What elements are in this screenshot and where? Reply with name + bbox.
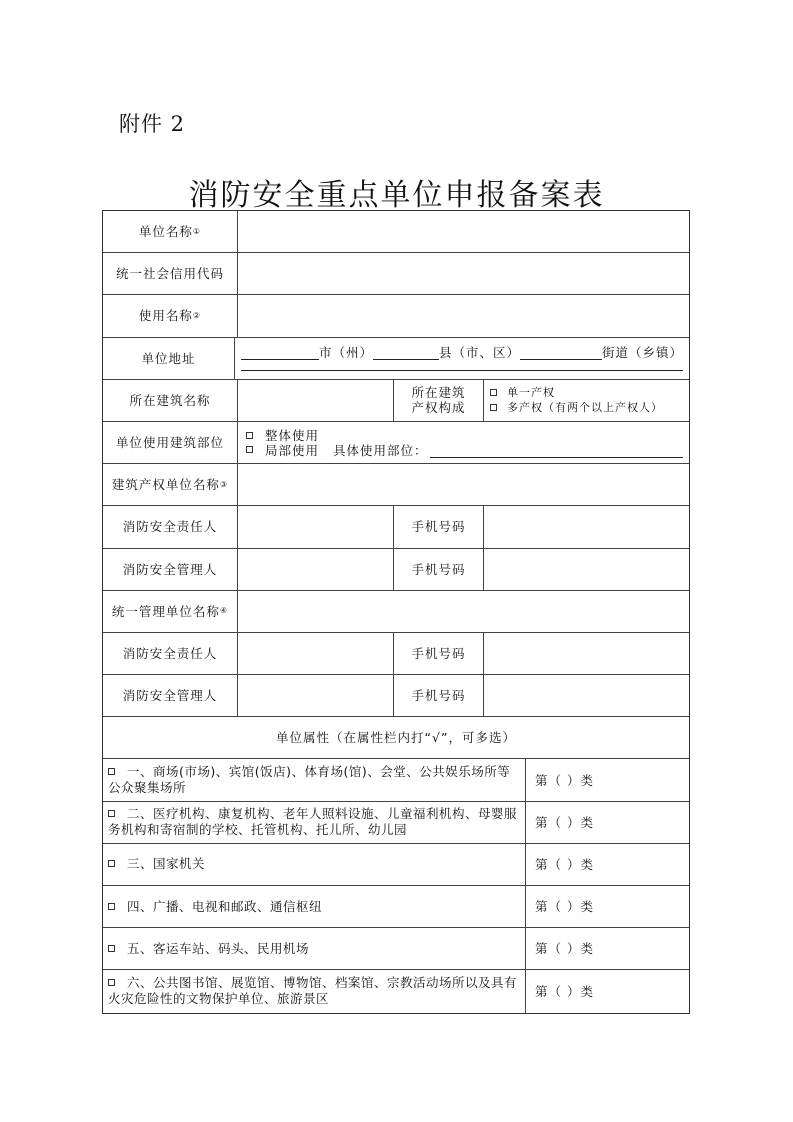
phone-label: 手机号码	[394, 633, 484, 674]
row-owner-unit: 建筑产权单位名称③	[103, 464, 689, 506]
checkbox-icon[interactable]	[108, 860, 115, 867]
row-manager-unit: 统一管理单位名称④	[103, 591, 689, 633]
option-label: 局部使用	[265, 443, 319, 458]
attribute-text: 六、公共图书馆、展览馆、博物馆、档案馆、宗教活动场所以及具有火灾危险性的文物保护…	[108, 975, 517, 1006]
address-fields: 市（州） 县（市、区） 街道（乡镇）	[235, 338, 689, 379]
row-attributes-heading: 单位属性（在属性栏内打“√”，可多选）	[103, 717, 689, 759]
checkbox-icon[interactable]	[108, 768, 115, 775]
county-suffix: 县（市、区）	[439, 345, 520, 360]
attributes-heading: 单位属性（在属性栏内打“√”，可多选）	[103, 717, 689, 758]
attribute-row-4: 四、广播、电视和邮政、通信枢纽 第（ ）类	[103, 886, 689, 928]
attribute-option[interactable]: 四、广播、电视和邮政、通信枢纽	[103, 886, 526, 927]
option-label: 多产权（有两个以上产权人）	[507, 401, 663, 414]
form-title: 消防安全重点单位申报备案表	[0, 170, 793, 214]
attribute-text: 四、广播、电视和邮政、通信枢纽	[127, 899, 322, 914]
attribute-class[interactable]: 第（ ）类	[526, 886, 689, 927]
unit-name-label-text: 单位名称	[139, 224, 193, 239]
row-usage-part: 单位使用建筑部位 整体使用 局部使用 具体使用部位：	[103, 422, 689, 464]
usage-name-label-text: 使用名称	[139, 308, 193, 323]
credit-code-field[interactable]	[238, 253, 689, 294]
unit-name-field[interactable]	[238, 211, 689, 252]
row-manager-manager: 消防安全管理人 手机号码	[103, 675, 689, 717]
attribute-class[interactable]: 第（ ）类	[526, 928, 689, 969]
attribute-row-2: 二、医疗机构、康复机构、老年人照料设施、儿童福利机构、母婴服务机构和寄宿制的学校…	[103, 802, 689, 844]
attribute-option[interactable]: 三、国家机关	[103, 844, 526, 885]
row-unit-name: 单位名称①	[103, 211, 689, 253]
attribute-option[interactable]: 二、医疗机构、康复机构、老年人照料设施、儿童福利机构、母婴服务机构和寄宿制的学校…	[103, 802, 526, 843]
phone-field[interactable]	[484, 633, 689, 674]
street-suffix: 街道（乡镇）	[602, 345, 683, 360]
row-building: 所在建筑名称 所在建筑 产权构成 单一产权 多产权（有两个以上产权人）	[103, 380, 689, 422]
row-credit-code: 统一社会信用代码	[103, 253, 689, 295]
attribute-row-3: 三、国家机关 第（ ）类	[103, 844, 689, 886]
checkbox-icon[interactable]	[246, 432, 253, 439]
phone-label: 手机号码	[394, 675, 484, 716]
name-field[interactable]	[238, 675, 394, 716]
ownership-label: 所在建筑 产权构成	[394, 380, 484, 421]
specific-part-label: 具体使用部位：	[333, 443, 428, 458]
attribute-option[interactable]: 五、客运车站、码头、民用机场	[103, 928, 526, 969]
option-label: 单一产权	[507, 386, 555, 399]
manager-unit-label-text: 统一管理单位名称	[112, 604, 220, 619]
address-label: 单位地址	[103, 338, 235, 379]
checkbox-icon[interactable]	[108, 903, 115, 910]
building-name-field[interactable]	[238, 380, 394, 421]
checkbox-icon[interactable]	[246, 446, 253, 453]
usage-name-label: 使用名称②	[103, 295, 238, 336]
address-line-1: 市（州） 县（市、区） 街道（乡镇）	[241, 345, 683, 360]
attribute-row-1: 一、商场(市场)、宾馆(饭店)、体育场(馆)、会堂、公共娱乐场所等公众聚集场所 …	[103, 759, 689, 801]
checkbox-icon[interactable]	[490, 389, 497, 396]
checkbox-icon[interactable]	[108, 979, 115, 986]
name-field[interactable]	[238, 506, 394, 547]
usage-option-whole[interactable]: 整体使用	[246, 428, 683, 443]
row-usage-name: 使用名称②	[103, 295, 689, 337]
specific-part-field[interactable]	[430, 445, 683, 458]
attribute-class[interactable]: 第（ ）类	[526, 970, 689, 1012]
owner-unit-field[interactable]	[238, 464, 689, 505]
attachment-label: 附件 2	[119, 108, 185, 138]
role-label: 消防安全责任人	[103, 633, 238, 674]
attribute-row-5: 五、客运车站、码头、民用机场 第（ ）类	[103, 928, 689, 970]
city-suffix: 市（州）	[319, 345, 373, 360]
checkbox-icon[interactable]	[490, 404, 497, 411]
attribute-class[interactable]: 第（ ）类	[526, 844, 689, 885]
ownership-option-multiple[interactable]: 多产权（有两个以上产权人）	[490, 400, 663, 415]
owner-unit-label: 建筑产权单位名称③	[103, 464, 238, 505]
unit-name-label: 单位名称①	[103, 211, 238, 252]
manager-unit-field[interactable]	[238, 591, 689, 632]
attribute-text: 一、商场(市场)、宾馆(饭店)、体育场(馆)、会堂、公共娱乐场所等公众聚集场所	[108, 764, 510, 795]
attribute-text: 五、客运车站、码头、民用机场	[127, 941, 309, 956]
county-field[interactable]	[373, 345, 439, 360]
option-label: 整体使用	[265, 428, 319, 443]
registration-form-table: 单位名称① 统一社会信用代码 使用名称② 单位地址 市（州） 县（市、区） 街道…	[102, 210, 690, 1014]
attribute-row-6: 六、公共图书馆、展览馆、博物馆、档案馆、宗教活动场所以及具有火灾危险性的文物保护…	[103, 970, 689, 1012]
credit-code-label: 统一社会信用代码	[103, 253, 238, 294]
ownership-label-line1: 所在建筑	[411, 385, 465, 400]
attribute-class[interactable]: 第（ ）类	[526, 802, 689, 843]
checkbox-icon[interactable]	[108, 810, 115, 817]
ownership-options: 单一产权 多产权（有两个以上产权人）	[484, 380, 689, 421]
manager-unit-label: 统一管理单位名称④	[103, 591, 238, 632]
name-field[interactable]	[238, 549, 394, 590]
owner-unit-label-text: 建筑产权单位名称	[112, 477, 220, 492]
row-owner-responsible: 消防安全责任人 手机号码	[103, 506, 689, 548]
role-label: 消防安全责任人	[103, 506, 238, 547]
building-name-label: 所在建筑名称	[103, 380, 238, 421]
phone-field[interactable]	[484, 506, 689, 547]
attribute-option[interactable]: 一、商场(市场)、宾馆(饭店)、体育场(馆)、会堂、公共娱乐场所等公众聚集场所	[103, 759, 526, 800]
phone-field[interactable]	[484, 675, 689, 716]
phone-label: 手机号码	[394, 549, 484, 590]
phone-label: 手机号码	[394, 506, 484, 547]
role-label: 消防安全管理人	[103, 549, 238, 590]
street-field[interactable]	[520, 345, 602, 360]
address-detail-field[interactable]	[241, 362, 683, 371]
row-manager-responsible: 消防安全责任人 手机号码	[103, 633, 689, 675]
usage-name-field[interactable]	[238, 295, 689, 336]
checkbox-icon[interactable]	[108, 945, 115, 952]
role-label: 消防安全管理人	[103, 675, 238, 716]
usage-part-label: 单位使用建筑部位	[103, 422, 238, 463]
attribute-option[interactable]: 六、公共图书馆、展览馆、博物馆、档案馆、宗教活动场所以及具有火灾危险性的文物保护…	[103, 970, 526, 1012]
usage-option-partial[interactable]: 局部使用 具体使用部位：	[246, 443, 683, 458]
attribute-text: 三、国家机关	[127, 856, 205, 871]
ownership-option-single[interactable]: 单一产权	[490, 385, 555, 400]
name-field[interactable]	[238, 633, 394, 674]
attribute-class[interactable]: 第（ ）类	[526, 759, 689, 800]
attribute-text: 二、医疗机构、康复机构、老年人照料设施、儿童福利机构、母婴服务机构和寄宿制的学校…	[108, 806, 517, 837]
usage-part-options: 整体使用 局部使用 具体使用部位：	[238, 422, 689, 463]
phone-field[interactable]	[484, 549, 689, 590]
ownership-label-line2: 产权构成	[411, 400, 465, 415]
row-owner-manager: 消防安全管理人 手机号码	[103, 549, 689, 591]
city-field[interactable]	[241, 345, 319, 360]
row-address: 单位地址 市（州） 县（市、区） 街道（乡镇）	[103, 338, 689, 380]
